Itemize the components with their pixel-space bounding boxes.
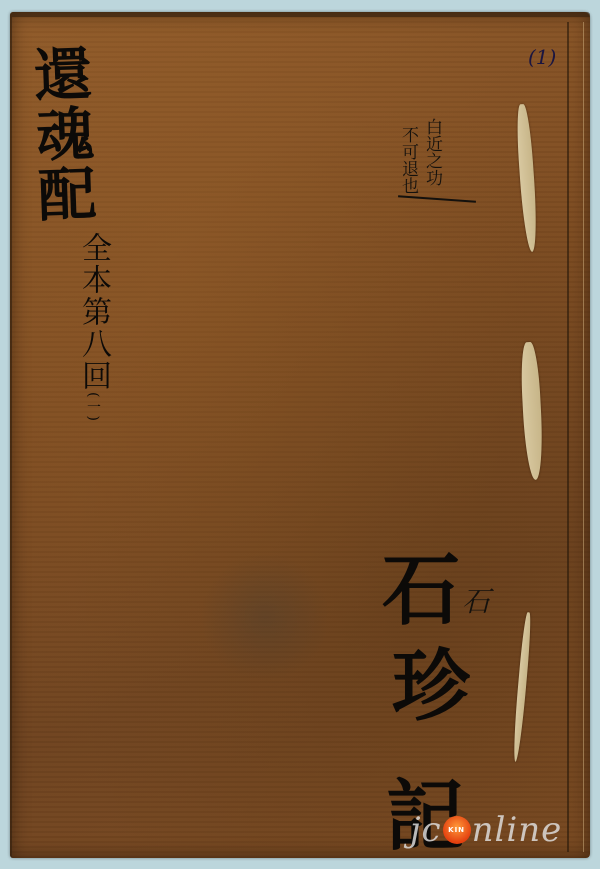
owner-name-small: 石 xyxy=(462,580,490,620)
subtitle-text: 全本第八回 xyxy=(76,232,111,392)
paper-tear xyxy=(515,104,539,253)
page-edge xyxy=(567,22,584,852)
side-note-right: 白近之功 xyxy=(422,118,442,186)
owner-name-char-2: 珍 xyxy=(392,624,470,736)
watermark: jc KIN nline xyxy=(410,810,562,850)
watermark-prefix: jc xyxy=(410,810,442,850)
side-note-left: 不可退也 xyxy=(398,126,418,194)
page-number: (1) xyxy=(528,45,556,69)
paper-tear xyxy=(511,612,532,762)
manuscript-title: 還魂配 xyxy=(25,43,95,225)
faded-stamp xyxy=(200,552,330,682)
watermark-suffix: nline xyxy=(472,810,563,850)
manuscript-subtitle: 全本第八回(一) xyxy=(76,232,110,423)
watermark-logo-icon: KIN xyxy=(443,816,471,844)
manuscript-cover xyxy=(10,12,590,858)
subtitle-bracket: (一) xyxy=(85,392,101,423)
paper-tear xyxy=(519,342,544,481)
watermark-logo-text: KIN xyxy=(448,826,465,834)
